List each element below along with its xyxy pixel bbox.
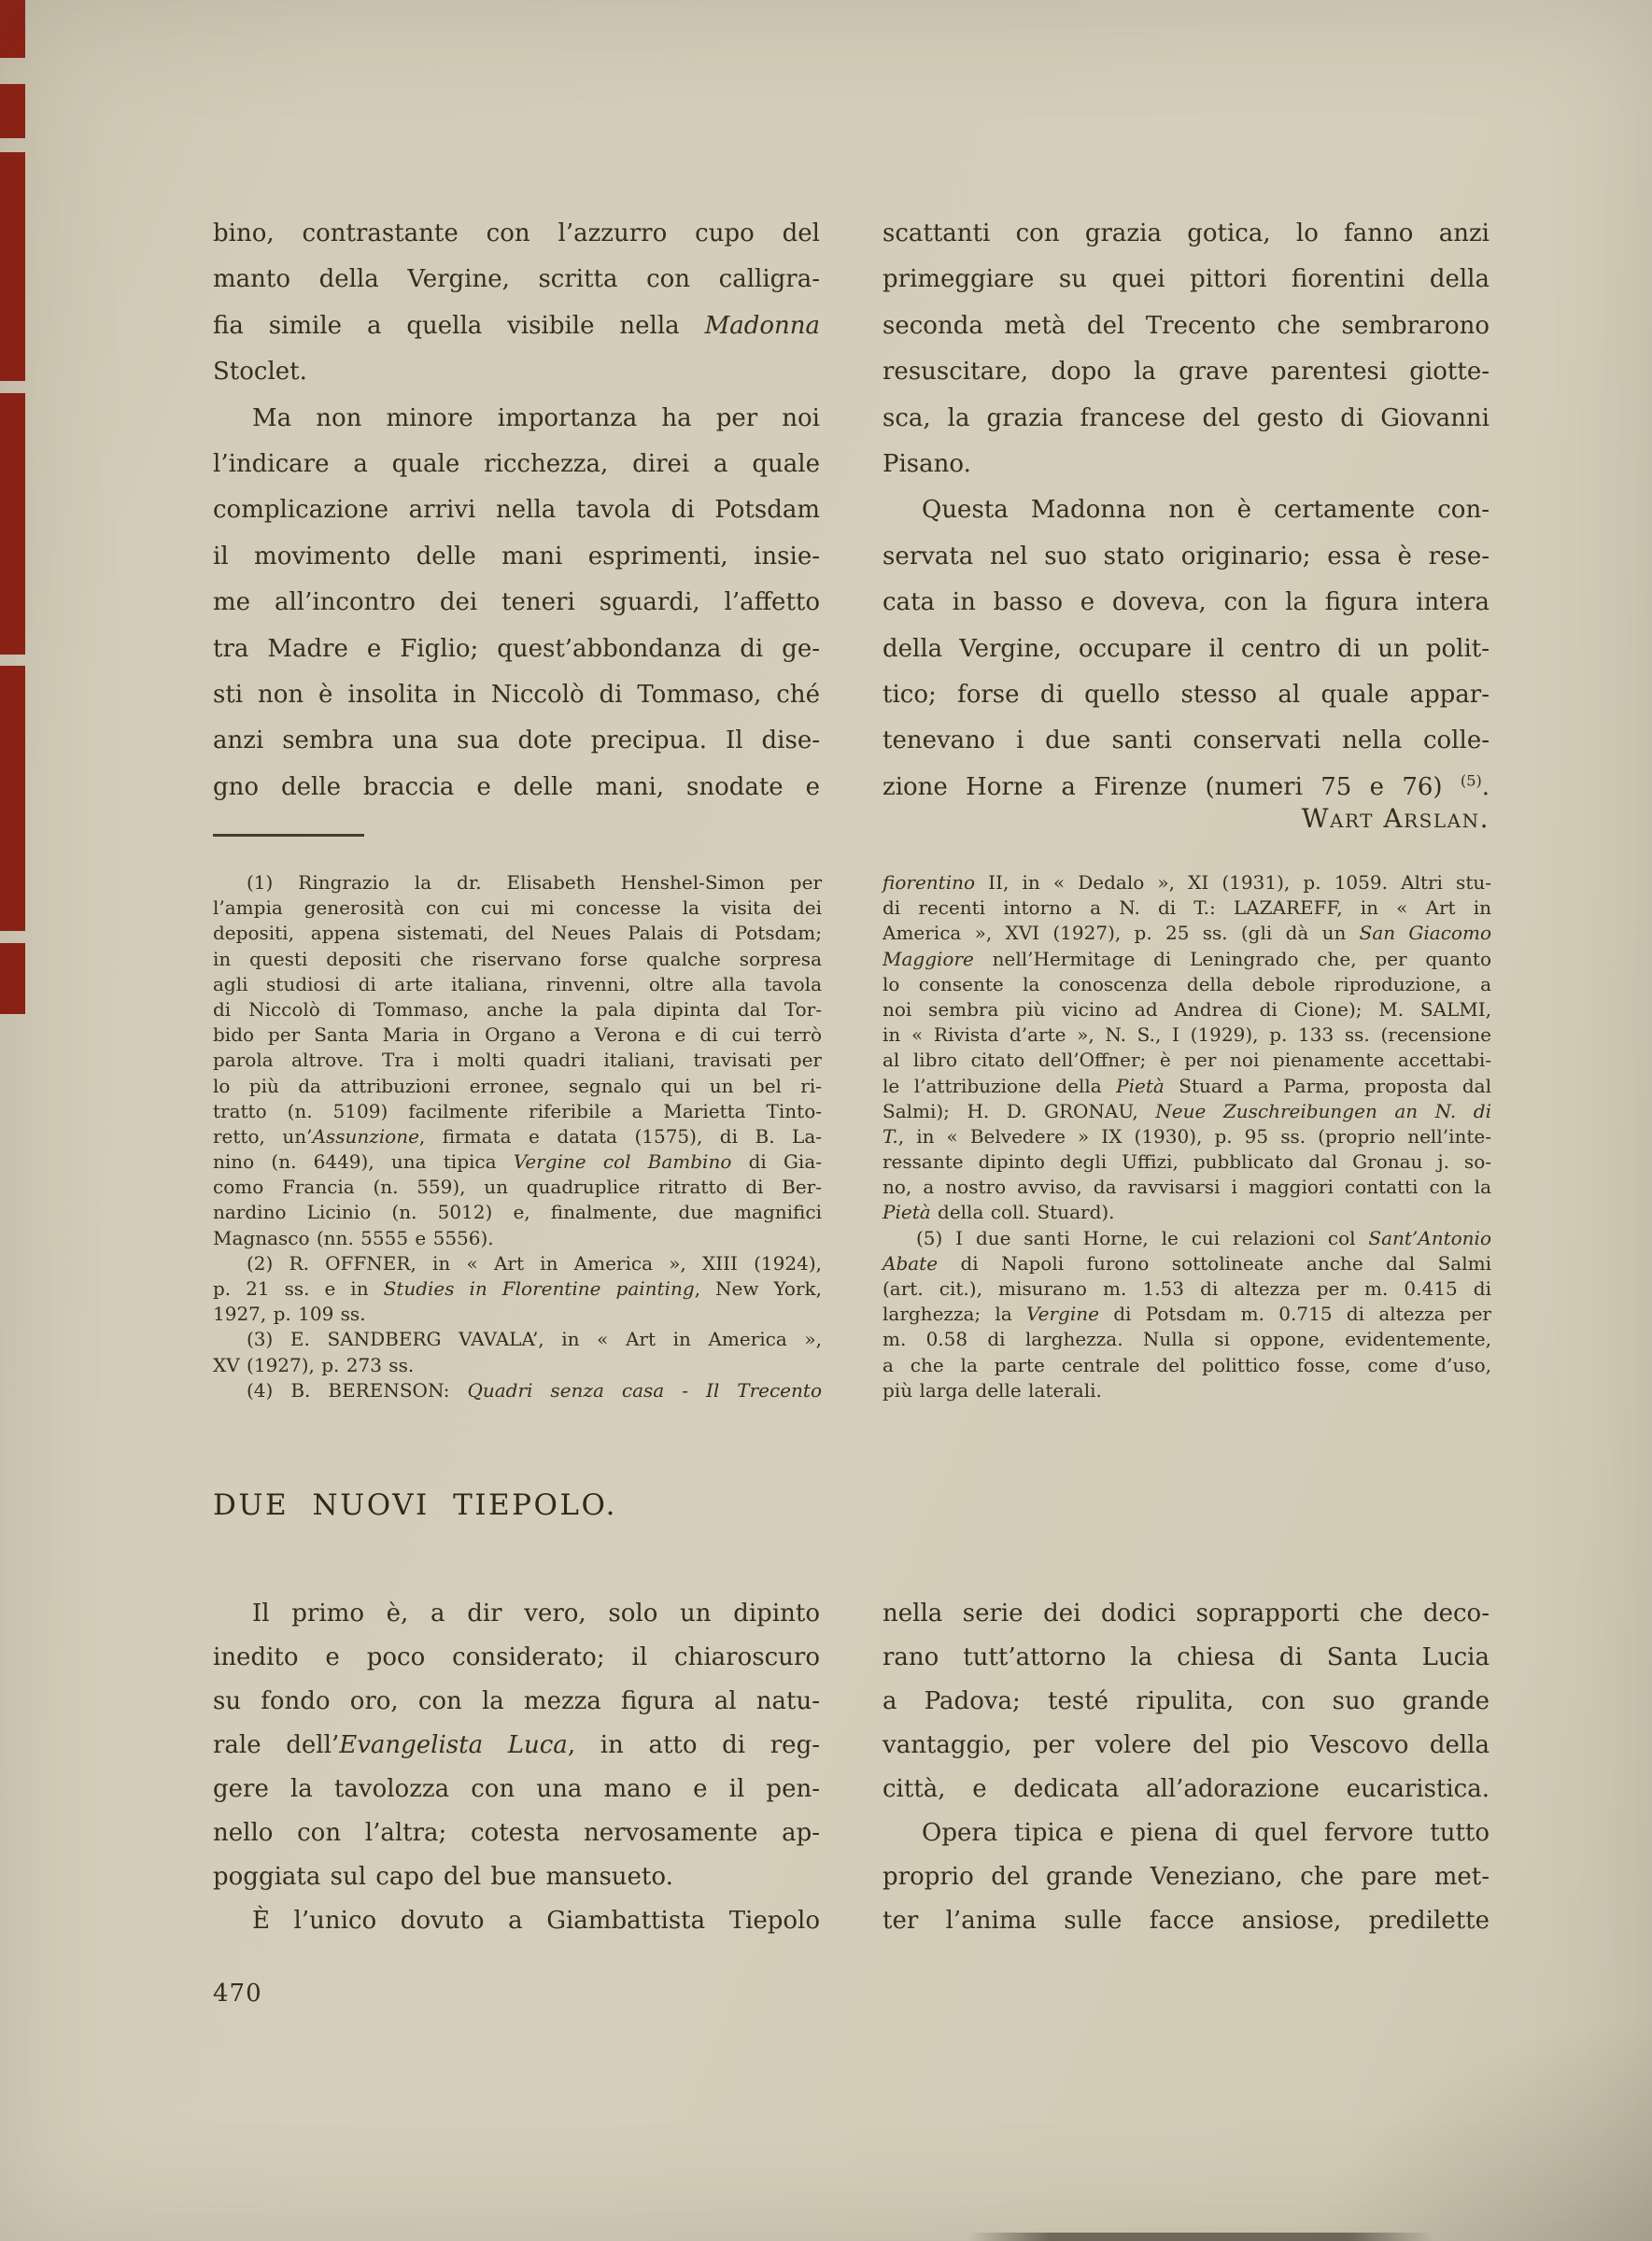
text-line: vantaggio, per volere del pio Vescovo de… bbox=[882, 1724, 1490, 1768]
section-heading: DUE NUOVI TIEPOLO. bbox=[213, 1488, 617, 1522]
text-line: nella serie dei dodici soprapporti che d… bbox=[882, 1592, 1490, 1636]
footnote-rule bbox=[213, 834, 364, 837]
text-line: p. 21 ss. e in Studies in Florentine pai… bbox=[213, 1276, 822, 1302]
corner-shade bbox=[1297, 1998, 1652, 2241]
text-line: 1927, p. 109 ss. bbox=[213, 1302, 822, 1327]
text-line: rano tutt’attorno la chiesa di Santa Luc… bbox=[882, 1636, 1490, 1680]
text-line: Stoclet. bbox=[213, 349, 820, 395]
text-line: como Francia (n. 559), un quadruplice ri… bbox=[213, 1175, 822, 1200]
text-line: tico; forse di quello stesso al quale ap… bbox=[882, 672, 1490, 718]
text-line: l’ampia generosità con cui mi concesse l… bbox=[213, 895, 822, 921]
text-line: sca, la grazia francese del gesto di Gio… bbox=[882, 396, 1490, 442]
text-line: Il primo è, a dir vero, solo un dipinto bbox=[213, 1592, 820, 1636]
text-line: scattanti con grazia gotica, lo fanno an… bbox=[882, 211, 1490, 257]
text-line: nardino Licinio (n. 5012) e, finalmente,… bbox=[213, 1200, 822, 1225]
text-line: a Padova; testé ripulita, con suo grande bbox=[882, 1680, 1490, 1724]
text-line: servata nel suo stato originario; essa è… bbox=[882, 534, 1490, 580]
text-line: parola altrove. Tra i molti quadri itali… bbox=[213, 1048, 822, 1073]
text-line: della Vergine, occupare il centro di un … bbox=[882, 627, 1490, 672]
page-number: 470 bbox=[213, 1980, 262, 2008]
text-line: gno delle braccia e delle mani, snodate … bbox=[213, 765, 820, 810]
text-line: più larga delle laterali. bbox=[882, 1378, 1491, 1403]
text-line: tenevano i due santi conservati nella co… bbox=[882, 718, 1490, 764]
text-line: Magnasco (nn. 5555 e 5556). bbox=[213, 1226, 822, 1251]
text-line: lo più da attribuzioni erronee, segnalo … bbox=[213, 1074, 822, 1099]
text-line: no, a nostro avviso, da ravvisarsi i mag… bbox=[882, 1175, 1491, 1200]
text-line: di Niccolò di Tommaso, anche la pala dip… bbox=[213, 997, 822, 1022]
text-line: cata in basso e doveva, con la figura in… bbox=[882, 580, 1490, 626]
text-line: ter l’anima sulle facce ansiose, predile… bbox=[882, 1899, 1490, 1943]
text-line: Pietà della coll. Stuard). bbox=[882, 1200, 1491, 1225]
red-edge-segment bbox=[0, 393, 25, 655]
text-line: di recenti intorno a N. di T.: LAZAREFF,… bbox=[882, 895, 1491, 921]
text-line: (5) I due santi Horne, le cui relazioni … bbox=[882, 1226, 1491, 1251]
text-line: inedito e poco considerato; il chiaroscu… bbox=[213, 1636, 820, 1680]
text-line: È l’unico dovuto a Giambattista Tiepolo bbox=[213, 1899, 820, 1943]
text-line: (4) B. BERENSON: Quadri senza casa - Il … bbox=[213, 1378, 822, 1403]
text-line: il movimento delle mani esprimenti, insi… bbox=[213, 534, 820, 580]
text-line: nino (n. 6449), una tipica Vergine col B… bbox=[213, 1149, 822, 1175]
text-line: a che la parte centrale del polittico fo… bbox=[882, 1353, 1491, 1378]
text-line: bido per Santa Maria in Organo a Verona … bbox=[213, 1022, 822, 1048]
text-line: sti non è insolita in Niccolò di Tommaso… bbox=[213, 672, 820, 718]
text-line: Pisano. bbox=[882, 442, 1490, 487]
article-right-column: scattanti con grazia gotica, lo fanno an… bbox=[882, 211, 1490, 810]
red-edge-segment bbox=[0, 152, 25, 381]
text-line: noi sembra più vicino ad Andrea di Cione… bbox=[882, 997, 1491, 1022]
text-line: in « Rivista d’arte », N. S., I (1929), … bbox=[882, 1022, 1491, 1048]
text-line: complicazione arrivi nella tavola di Pot… bbox=[213, 487, 820, 533]
text-line: in questi depositi che riservano forse q… bbox=[213, 947, 822, 972]
text-line: ressante dipinto degli Uffizi, pubblicat… bbox=[882, 1149, 1491, 1175]
text-line: XV (1927), p. 273 ss. bbox=[213, 1353, 822, 1378]
text-line: nello con l’altra; cotesta nervosamente … bbox=[213, 1811, 820, 1855]
text-line: gere la tavolozza con una mano e il pen- bbox=[213, 1768, 820, 1811]
text-line: (1) Ringrazio la dr. Elisabeth Henshel-S… bbox=[213, 870, 822, 895]
text-line: poggiata sul capo del bue mansueto. bbox=[213, 1855, 820, 1899]
text-line: lo consente la conoscenza della debole r… bbox=[882, 972, 1491, 997]
text-line: (3) E. SANDBERG VAVALA’, in « Art in Ame… bbox=[213, 1327, 822, 1352]
book-page-scan: bino, contrastante con l’azzurro cupo de… bbox=[0, 0, 1652, 2241]
red-edge-segment bbox=[0, 84, 25, 138]
text-line: m. 0.58 di larghezza. Nulla si oppone, e… bbox=[882, 1327, 1491, 1352]
text-line: bino, contrastante con l’azzurro cupo de… bbox=[213, 211, 820, 257]
text-line: Ma non minore importanza ha per noi bbox=[213, 396, 820, 442]
text-line: (2) R. OFFNER, in « Art in America », XI… bbox=[213, 1251, 822, 1276]
text-line: anzi sembra una sua dote precipua. Il di… bbox=[213, 718, 820, 764]
text-line: (art. cit.), misurano m. 1.53 di altezza… bbox=[882, 1276, 1491, 1302]
text-line: al libro citato dell’Offner; è per noi p… bbox=[882, 1048, 1491, 1073]
text-line: su fondo oro, con la mezza figura al nat… bbox=[213, 1680, 820, 1724]
text-line: Opera tipica e piena di quel fervore tut… bbox=[882, 1811, 1490, 1855]
section-right-column: nella serie dei dodici soprapporti che d… bbox=[882, 1592, 1490, 1943]
text-line: America », XVI (1927), p. 25 ss. (gli dà… bbox=[882, 921, 1491, 946]
red-edge-segment bbox=[0, 0, 25, 58]
text-line: manto della Vergine, scritta con calligr… bbox=[213, 257, 820, 303]
article-left-column: bino, contrastante con l’azzurro cupo de… bbox=[213, 211, 820, 810]
text-line: resuscitare, dopo la grave parentesi gio… bbox=[882, 349, 1490, 395]
section-left-column: Il primo è, a dir vero, solo un dipintoi… bbox=[213, 1592, 820, 1943]
page-edge-shadow bbox=[967, 2233, 1433, 2241]
text-line: retto, un’Assunzione, firmata e datata (… bbox=[213, 1124, 822, 1149]
text-line: città, e dedicata all’adorazione eucaris… bbox=[882, 1768, 1490, 1811]
text-line: Maggiore nell’Hermitage di Leningrado ch… bbox=[882, 947, 1491, 972]
text-line: agli studiosi di arte italiana, rinvenni… bbox=[213, 972, 822, 997]
text-line: depositi, appena sistemati, del Neues Pa… bbox=[213, 921, 822, 946]
text-line: me all’incontro dei teneri sguardi, l’af… bbox=[213, 580, 820, 626]
footnotes-right-column: fiorentino II, in « Dedalo », XI (1931),… bbox=[882, 870, 1491, 1403]
text-line: Questa Madonna non è certamente con- bbox=[882, 487, 1490, 533]
red-edge-segment bbox=[0, 943, 25, 1014]
text-line: l’indicare a quale ricchezza, direi a qu… bbox=[213, 442, 820, 487]
text-line: tra Madre e Figlio; quest’abbondanza di … bbox=[213, 627, 820, 672]
text-line: le l’attribuzione della Pietà Stuard a P… bbox=[882, 1074, 1491, 1099]
text-line: fia simile a quella visibile nella Madon… bbox=[213, 303, 820, 349]
author-signature: Wart Arslan. bbox=[882, 796, 1490, 841]
text-line: Abate di Napoli furono sottolineate anch… bbox=[882, 1251, 1491, 1276]
text-line: proprio del grande Veneziano, che pare m… bbox=[882, 1855, 1490, 1899]
text-line: larghezza; la Vergine di Potsdam m. 0.71… bbox=[882, 1302, 1491, 1327]
text-line: seconda metà del Trecento che sembrarono bbox=[882, 303, 1490, 349]
red-edge-segment bbox=[0, 666, 25, 931]
text-line: T., in « Belvedere » IX (1930), p. 95 ss… bbox=[882, 1124, 1491, 1149]
footnotes-left-column: (1) Ringrazio la dr. Elisabeth Henshel-S… bbox=[213, 870, 822, 1403]
text-line: primeggiare su quei pittori fiorentini d… bbox=[882, 257, 1490, 303]
text-line: Salmi); H. D. GRONAU, Neue Zuschreibunge… bbox=[882, 1099, 1491, 1124]
text-line: tratto (n. 5109) facilmente riferibile a… bbox=[213, 1099, 822, 1124]
text-line: rale dell’Evangelista Luca, in atto di r… bbox=[213, 1724, 820, 1768]
text-line: fiorentino II, in « Dedalo », XI (1931),… bbox=[882, 870, 1491, 895]
